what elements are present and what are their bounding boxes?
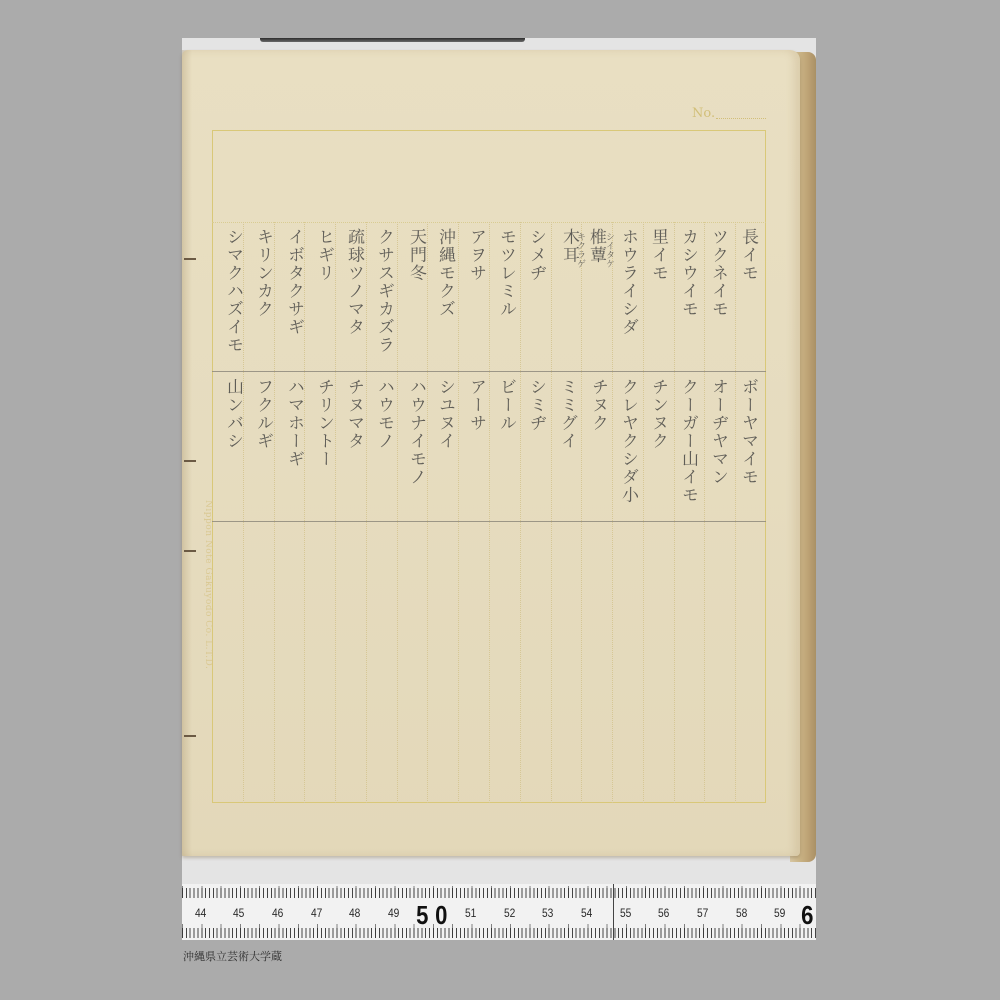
entry-reading-ruby: シイタケ [603,232,615,268]
column-rule [551,222,552,803]
column-rule [643,222,644,803]
entry-standard-name: ツクネイモ [705,228,731,319]
entry-reading-ruby: キクラゲ [574,232,586,268]
entry-standard-name: シマクハズイモ [220,228,246,355]
ruler-label-major: 5 [416,900,428,931]
entry-local-name: チヌク [585,378,611,433]
binding-stitch [184,460,196,462]
column-rule [427,222,428,803]
ruler-50cm-mark [613,884,614,940]
entry-local-name: フクルギ [250,378,276,451]
entry-local-name: ビール [493,378,519,433]
entry-local-name: ハマホーギ [281,378,307,469]
ruler-label: 45 [233,906,244,920]
entry-local-name: 山ンバシ [220,378,246,451]
page-number-label: No. [692,106,715,121]
entry-local-name: チンヌク [645,378,671,451]
entry-standard-name: 里イモ [645,228,671,283]
ruler-label-major: 0 [435,900,447,931]
entry-standard-name: 長イモ [735,228,761,283]
entry-standard-name: ホウライシダ [615,228,641,337]
entry-standard-name: モツレミル [493,228,519,319]
ruler-label-major: 6 [801,900,813,931]
clip-shadow [260,38,525,42]
entry-local-name: ボーヤマイモ [735,378,761,487]
ruler-label: 54 [581,906,592,920]
entry-local-name: シユヌイ [432,378,458,451]
entry-local-name: クレヤクシダ小 [615,378,641,505]
ruler-label: 49 [388,906,399,920]
column-rule [335,222,336,803]
entry-local-name: シミヂ [523,378,549,433]
publisher-imprint: Nippon Note Gakuyodo Co. L.T.D. [203,500,213,669]
ruler-label: 47 [311,906,322,920]
ruler-label: 57 [697,906,708,920]
entry-local-name: アーサ [463,378,489,433]
column-rule [520,222,521,803]
column-rule [489,222,490,803]
ruler-label: 59 [774,906,785,920]
ruler-label: 44 [195,906,206,920]
entry-standard-name: キリンカク [250,228,276,319]
entry-standard-name: イボタクサギ [281,228,307,337]
entry-standard-name: クサスギカズラ [371,228,397,355]
ruler-label: 55 [620,906,631,920]
entry-standard-name: 天門冬 [403,228,429,283]
binding-stitch [184,550,196,552]
column-rule [581,222,582,803]
ruler-major-ticks-bottom [182,924,816,938]
binding-stitch [184,258,196,260]
entry-local-name: クーガー山イモ [675,378,701,505]
ruler-label: 48 [349,906,360,920]
column-rule [612,222,613,803]
column-rule [458,222,459,803]
entry-local-name: チリントー [311,378,337,469]
entry-standard-name: 沖縄モクズ [432,228,458,319]
entry-local-name: ミミグイ [554,378,580,451]
collection-credit: 沖縄県立芸術大学蔵 [183,948,282,964]
entry-standard-name: ヒギリ [311,228,337,283]
ruler-label: 58 [736,906,747,920]
binding-stitch [184,735,196,737]
ruler-label: 56 [658,906,669,920]
ruler-label: 53 [542,906,553,920]
measuring-ruler: 44 45 46 47 48 49 5 0 51 52 53 54 55 56 … [182,884,816,940]
entry-local-name: ハウモノ [371,378,397,451]
entry-local-name: オーヂヤマン [705,378,731,487]
entry-standard-name: シメヂ [523,228,549,283]
page-number-blank [716,118,766,119]
entry-standard-name: 疏球ツノマタ [341,228,367,337]
ruler-label: 52 [504,906,515,920]
ruler-label: 51 [465,906,476,920]
entry-local-name: ハウナイモノ [403,378,429,487]
pencil-divider-2 [212,521,766,522]
entry-standard-name: カシウイモ [675,228,701,319]
pencil-divider-1 [212,371,766,372]
entry-local-name: チヌマタ [341,378,367,451]
ruler-major-ticks-top [182,886,816,898]
entry-standard-name: アヲサ [463,228,489,283]
ruler-label: 46 [272,906,283,920]
column-rule [735,222,736,803]
